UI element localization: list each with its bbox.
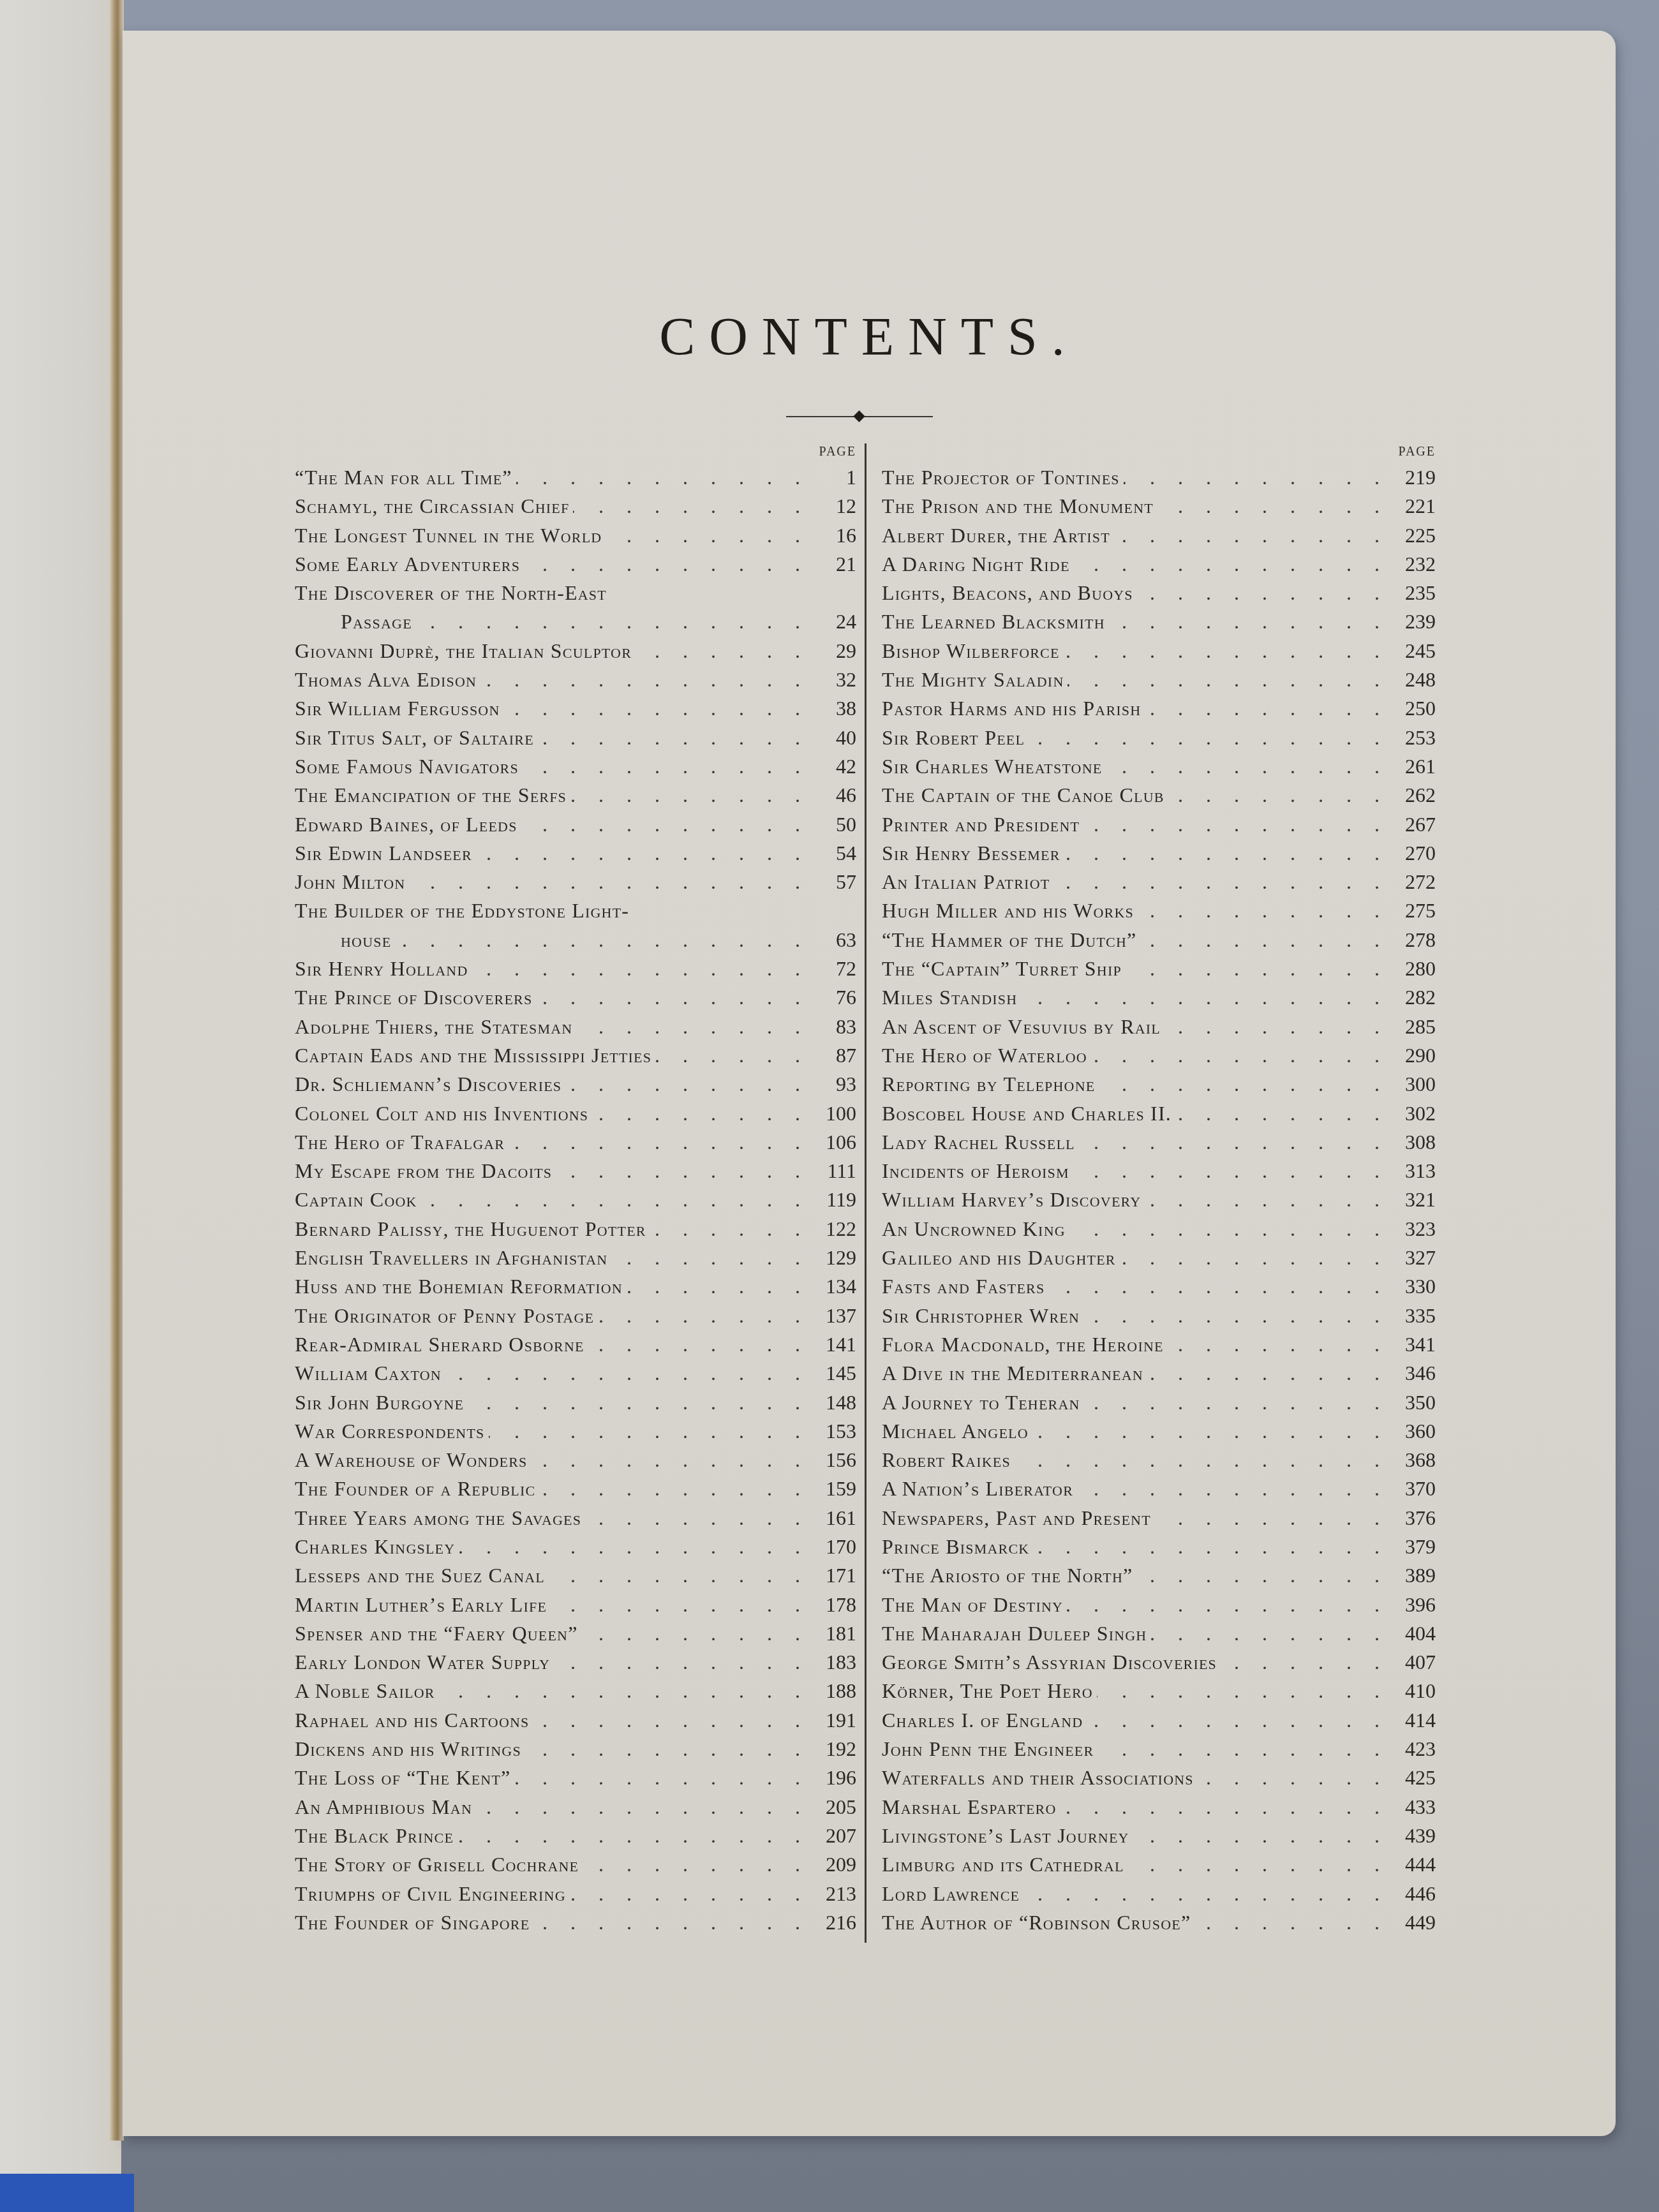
dot-leader: . . . . . . . . . . . . . . . . . . . . …	[1073, 1157, 1388, 1185]
toc-entry: “The Ariosto of the North”. . . . . . . …	[882, 1561, 1436, 1590]
entry-title: Bishop Wilberforce	[882, 637, 1060, 665]
entry-page-number: 156	[813, 1446, 856, 1474]
toc-entry: Sir Charles Wheatstone. . . . . . . . . …	[882, 752, 1436, 781]
dot-leader: . . . . . . . . . . . . . . . . . . . . …	[1099, 1070, 1388, 1099]
toc-entry: The Author of “Robinson Crusoe”. . . . .…	[882, 1908, 1436, 1937]
entry-title: Three Years among the Savages	[295, 1504, 581, 1533]
entry-page-number: 270	[1392, 839, 1436, 868]
dot-leader: . . . . . . . . . . . . . . . . . . . . …	[1053, 868, 1388, 896]
page-title: CONTENTS.	[123, 306, 1616, 368]
toc-entry: “The Man for all Time”. . . . . . . . . …	[295, 463, 856, 492]
dot-leader: . . . . . . . . . . . . . . . . . . . . …	[1138, 896, 1388, 925]
dot-leader: . . . . . . . . . . . . . . . . . . . . …	[480, 665, 809, 694]
entry-page-number: 38	[813, 694, 856, 723]
dot-leader: . . . . . . . . . . . . . . . . . . . . …	[1126, 954, 1388, 983]
toc-entry: Three Years among the Savages. . . . . .…	[295, 1504, 856, 1533]
entry-page-number: 262	[1392, 781, 1436, 810]
dot-leader: . . . . . . . . . . . . . . . . . . . . …	[489, 1417, 809, 1446]
entry-title: Limburg and its Cathedral	[882, 1850, 1124, 1879]
entry-page-number: 209	[813, 1850, 856, 1879]
entry-title: The Originator of Penny Postage	[295, 1302, 594, 1330]
toc-entry: Michael Angelo. . . . . . . . . . . . . …	[882, 1417, 1436, 1446]
toc-entry: The Founder of a Republic. . . . . . . .…	[295, 1474, 856, 1503]
entry-page-number: 42	[813, 752, 856, 781]
entry-title: The Longest Tunnel in the World	[295, 521, 602, 550]
entry-page-number: 327	[1392, 1243, 1436, 1272]
toc-entry: Flora Macdonald, the Heroine. . . . . . …	[882, 1330, 1436, 1359]
toc-entry: Lights, Beacons, and Buoys. . . . . . . …	[882, 579, 1436, 607]
dot-leader: . . . . . . . . . . . . . . . . . . . . …	[636, 637, 809, 665]
dot-leader: . . . . . . . . . . . . . . . . . . . . …	[524, 550, 809, 579]
entry-page-number: 178	[813, 1591, 856, 1619]
dot-leader: . . . . . . . . . . . . . . . . . . . . …	[583, 1850, 809, 1879]
entry-title: William Harvey’s Discovery	[882, 1185, 1141, 1214]
toc-entry: William Caxton. . . . . . . . . . . . . …	[295, 1359, 856, 1388]
entry-title: Dr. Schliemann’s Discoveries	[295, 1070, 562, 1099]
dot-leader: . . . . . . . . . . . . . . . . . . . . …	[565, 1070, 809, 1099]
entry-page-number: 141	[813, 1330, 856, 1359]
entry-title: A Nation’s Liberator	[882, 1474, 1073, 1503]
entry-title: The Prison and the Monument	[882, 492, 1154, 521]
dot-leader: . . . . . . . . . . . . . . . . . . . . …	[1157, 492, 1388, 521]
entry-title: Captain Eads and the Mississippi Jetties	[295, 1041, 651, 1070]
entry-title: An Amphibious Man	[295, 1793, 472, 1822]
entry-page-number: 410	[1392, 1677, 1436, 1705]
entry-page-number: 221	[1392, 492, 1436, 521]
toc-entry: Robert Raikes. . . . . . . . . . . . . .…	[882, 1446, 1436, 1474]
entry-title: Lesseps and the Suez Canal	[295, 1561, 545, 1590]
entry-page-number: 396	[1392, 1591, 1436, 1619]
toc-entry: “The Hammer of the Dutch”. . . . . . . .…	[882, 926, 1436, 954]
dot-leader: . . . . . . . . . . . . . . . . . . . . …	[1150, 1619, 1388, 1648]
entry-page-number: 216	[813, 1908, 856, 1937]
dot-leader: . . . . . . . . . . . . . . . . . . . . …	[1064, 839, 1388, 868]
entry-title: Albert Durer, the Artist	[882, 521, 1110, 550]
entry-title: Thomas Alva Edison	[295, 665, 477, 694]
toc-entry: The Projector of Tontines. . . . . . . .…	[882, 463, 1436, 492]
dot-leader: . . . . . . . . . . . . . . . . . . . . …	[650, 1215, 809, 1243]
entry-page-number: 245	[1392, 637, 1436, 665]
dot-leader: . . . . . . . . . . . . . . . . . . . . …	[468, 1388, 809, 1417]
entry-page-number: 46	[813, 781, 856, 810]
toc-entry: William Harvey’s Discovery. . . . . . . …	[882, 1185, 1436, 1214]
dot-leader: . . . . . . . . . . . . . . . . . . . . …	[533, 1908, 809, 1937]
entry-page-number: 407	[1392, 1648, 1436, 1677]
entry-page-number: 72	[813, 954, 856, 983]
entry-page-number: 183	[813, 1648, 856, 1677]
dot-leader: . . . . . . . . . . . . . . . . . . . . …	[582, 1619, 809, 1648]
entry-page-number: 280	[1392, 954, 1436, 983]
dot-leader: . . . . . . . . . . . . . . . . . . . . …	[1124, 463, 1388, 492]
entry-page-number: 423	[1392, 1735, 1436, 1763]
dot-leader: . . . . . . . . . . . . . . . . . . . . …	[549, 1561, 809, 1590]
entry-page-number: 323	[1392, 1215, 1436, 1243]
dot-leader: . . . . . . . . . . . . . . . . . . . . …	[458, 1822, 809, 1850]
toc-entry: Albert Durer, the Artist. . . . . . . . …	[882, 521, 1436, 550]
dot-leader: . . . . . . . . . . . . . . . . . . . . …	[1106, 752, 1388, 781]
entry-title: Huss and the Bohemian Reformation	[295, 1272, 623, 1301]
entry-page-number: 404	[1392, 1619, 1436, 1648]
entry-title: Waterfalls and their Associations	[882, 1763, 1194, 1792]
toc-entry: Lord Lawrence. . . . . . . . . . . . . .…	[882, 1880, 1436, 1908]
column-divider	[865, 443, 867, 1943]
dot-leader: . . . . . . . . . . . . . . . . . . . . …	[1155, 1504, 1388, 1533]
dot-leader: . . . . . . . . . . . . . . . . . . . . …	[1128, 1850, 1388, 1879]
dot-leader: . . . . . . . . . . . . . . . . . . . . …	[1083, 1302, 1388, 1330]
dot-leader: . . . . . . . . . . . . . . . . . . . . …	[538, 724, 809, 752]
toc-entry: An Italian Patriot. . . . . . . . . . . …	[882, 868, 1436, 896]
toc-entry: The Maharajah Duleep Singh. . . . . . . …	[882, 1619, 1436, 1648]
dot-leader: . . . . . . . . . . . . . . . . . . . . …	[592, 1099, 809, 1128]
entry-page-number: 153	[813, 1417, 856, 1446]
dot-leader: . . . . . . . . . . . . . . . . . . . . …	[611, 1243, 809, 1272]
toc-entry: The Longest Tunnel in the World. . . . .…	[295, 521, 856, 550]
entry-title: War Correspondents	[295, 1417, 485, 1446]
entry-page-number: 219	[1392, 463, 1436, 492]
entry-page-number: 414	[1392, 1706, 1436, 1735]
dot-leader: . . . . . . . . . . . . . . . . . . . . …	[1074, 550, 1388, 579]
dot-leader: . . . . . . . . . . . . . . . . . . . . …	[1147, 1359, 1388, 1388]
toc-entry: house. . . . . . . . . . . . . . . . . .…	[295, 926, 856, 954]
entry-title: English Travellers in Afghanistan	[295, 1243, 607, 1272]
toc-entry: An Uncrowned King. . . . . . . . . . . .…	[882, 1215, 1436, 1243]
dot-leader: . . . . . . . . . . . . . . . . . . . . …	[585, 1504, 809, 1533]
entry-title: The Builder of the Eddystone Light-	[295, 896, 629, 925]
entry-page-number: 278	[1392, 926, 1436, 954]
toc-entry: An Ascent of Vesuvius by Rail. . . . . .…	[882, 1013, 1436, 1041]
entry-page-number: 313	[1392, 1157, 1436, 1185]
entry-title: A Journey to Teheran	[882, 1388, 1080, 1417]
toc-entry: Charles I. of England. . . . . . . . . .…	[882, 1706, 1436, 1735]
facing-page-edge	[0, 0, 121, 2212]
toc-entry: Thomas Alva Edison. . . . . . . . . . . …	[295, 665, 856, 694]
title-ornament	[786, 412, 933, 421]
entry-title: Prince Bismarck	[882, 1533, 1029, 1561]
entry-page-number: 57	[813, 868, 856, 896]
entry-title: John Milton	[295, 868, 405, 896]
dot-leader: . . . . . . . . . . . . . . . . . . . . …	[1015, 1446, 1388, 1474]
entry-title: The Mighty Saladin	[882, 665, 1064, 694]
entry-title: The Author of “Robinson Crusoe”	[882, 1908, 1191, 1937]
toc-entry: Hugh Miller and his Works. . . . . . . .…	[882, 896, 1436, 925]
entry-page-number: 129	[813, 1243, 856, 1272]
toc-entry: Passage. . . . . . . . . . . . . . . . .…	[295, 607, 856, 636]
entry-title: Sir Henry Holland	[295, 954, 468, 983]
entry-title: Fasts and Fasters	[882, 1272, 1045, 1301]
dot-leader: . . . . . . . . . . . . . . . . . . . . …	[1068, 665, 1388, 694]
entry-page-number: 196	[813, 1763, 856, 1792]
entry-title: Michael Angelo	[882, 1417, 1029, 1446]
entry-title: A Dive in the Mediterranean	[882, 1359, 1143, 1388]
toc-entry: The Hero of Trafalgar. . . . . . . . . .…	[295, 1128, 856, 1157]
entry-page-number: 253	[1392, 724, 1436, 752]
dot-leader: . . . . . . . . . . . . . . . . . . . . …	[576, 1013, 809, 1041]
entry-page-number: 389	[1392, 1561, 1436, 1590]
dot-leader: . . . . . . . . . . . . . . . . . . . . …	[1109, 607, 1388, 636]
entry-title: “The Ariosto of the North”	[882, 1561, 1133, 1590]
entry-title: “The Hammer of the Dutch”	[882, 926, 1136, 954]
toc-entry: Prince Bismarck. . . . . . . . . . . . .…	[882, 1533, 1436, 1561]
toc-entry: Dickens and his Writings. . . . . . . . …	[295, 1735, 856, 1763]
toc-entry: War Correspondents. . . . . . . . . . . …	[295, 1417, 856, 1446]
toc-entry: The Prison and the Monument. . . . . . .…	[882, 492, 1436, 521]
entry-title: Adolphe Thiers, the Statesman	[295, 1013, 572, 1041]
dot-leader: . . . . . . . . . . . . . . . . . . . . …	[1083, 810, 1388, 839]
entry-title: Körner, The Poet Hero	[882, 1677, 1093, 1705]
entry-page-number: 368	[1392, 1446, 1436, 1474]
toc-entry: Bernard Palissy, the Huguenot Potter. . …	[295, 1215, 856, 1243]
entry-title: Captain Cook	[295, 1185, 417, 1214]
dot-leader: . . . . . . . . . . . . . . . . . . . . …	[554, 1648, 809, 1677]
contents-column-left: PAGE “The Man for all Time”. . . . . . .…	[295, 440, 856, 1937]
dot-leader: . . . . . . . . . . . . . . . . . . . . …	[1137, 579, 1388, 607]
dot-leader: . . . . . . . . . . . . . . . . . . . . …	[1032, 1417, 1388, 1446]
entry-page-number: 106	[813, 1128, 856, 1157]
toc-entry: The Founder of Singapore. . . . . . . . …	[295, 1908, 856, 1937]
toc-entry: A Noble Sailor. . . . . . . . . . . . . …	[295, 1677, 856, 1705]
entry-title: A Noble Sailor	[295, 1677, 435, 1705]
toc-entry: Sir Edwin Landseer. . . . . . . . . . . …	[295, 839, 856, 868]
entry-title: Edward Baines, of Leeds	[295, 810, 517, 839]
contents-column-right: PAGE The Projector of Tontines. . . . . …	[882, 440, 1436, 1937]
toc-entry: Captain Eads and the Mississippi Jetties…	[295, 1041, 856, 1070]
entry-page-number: 232	[1392, 550, 1436, 579]
entry-title: The Story of Grisell Cochrane	[295, 1850, 579, 1879]
entry-page-number: 300	[1392, 1070, 1436, 1099]
entry-title: Newspapers, Past and Present	[882, 1504, 1151, 1533]
toc-entry: The Story of Grisell Cochrane. . . . . .…	[295, 1850, 856, 1879]
dot-leader: . . . . . . . . . . . . . . . . . . . . …	[1067, 1591, 1388, 1619]
dot-leader: . . . . . . . . . . . . . . . . . . . . …	[445, 1359, 809, 1388]
toc-entry: John Penn the Engineer. . . . . . . . . …	[882, 1735, 1436, 1763]
entry-page-number: 40	[813, 724, 856, 752]
entry-title: Printer and President	[882, 810, 1080, 839]
toc-entry: A Nation’s Liberator. . . . . . . . . . …	[882, 1474, 1436, 1503]
toc-entry: Livingstone’s Last Journey. . . . . . . …	[882, 1822, 1436, 1850]
dot-leader: . . . . . . . . . . . . . . . . . . . . …	[1021, 983, 1388, 1012]
entry-page-number: 341	[1392, 1330, 1436, 1359]
toc-entry: Sir Robert Peel. . . . . . . . . . . . .…	[882, 724, 1436, 752]
entry-page-number: 239	[1392, 607, 1436, 636]
entry-title: Boscobel House and Charles II.	[882, 1099, 1172, 1128]
entry-page-number: 213	[813, 1880, 856, 1908]
entry-page-number: 181	[813, 1619, 856, 1648]
toc-entry: Raphael and his Cartoons. . . . . . . . …	[295, 1706, 856, 1735]
entry-page-number: 302	[1392, 1099, 1436, 1128]
entry-title: Sir Robert Peel	[882, 724, 1025, 752]
entry-page-number: 122	[813, 1215, 856, 1243]
dot-leader: . . . . . . . . . . . . . . . . . . . . …	[439, 1677, 809, 1705]
toc-entry: My Escape from the Dacoits. . . . . . . …	[295, 1157, 856, 1185]
entry-page-number: 308	[1392, 1128, 1436, 1157]
entry-title: My Escape from the Dacoits	[295, 1157, 552, 1185]
dot-leader: . . . . . . . . . . . . . . . . . . . . …	[416, 607, 809, 636]
entry-page-number: 83	[813, 1013, 856, 1041]
toc-entry: The Prince of Discoverers. . . . . . . .…	[295, 983, 856, 1012]
toc-entry: John Milton. . . . . . . . . . . . . . .…	[295, 868, 856, 896]
entry-title: An Uncrowned King	[882, 1215, 1066, 1243]
toc-entry: Lesseps and the Suez Canal. . . . . . . …	[295, 1561, 856, 1590]
dot-leader: . . . . . . . . . . . . . . . . . . . . …	[1048, 1272, 1388, 1301]
entry-title: Sir Henry Bessemer	[882, 839, 1060, 868]
dot-leader: . . . . . . . . . . . . . . . . . . . . …	[1029, 724, 1388, 752]
dot-leader: . . . . . . . . . . . . . . . . . . . . …	[1091, 1041, 1388, 1070]
entry-page-number: 446	[1392, 1880, 1436, 1908]
dot-leader: . . . . . . . . . . . . . . . . . . . . …	[1097, 1677, 1388, 1705]
entry-page-number: 188	[813, 1677, 856, 1705]
entry-title: A Warehouse of Wonders	[295, 1446, 527, 1474]
dot-leader: . . . . . . . . . . . . . . . . . . . . …	[1060, 1793, 1388, 1822]
binding-gutter	[110, 0, 124, 2141]
dot-leader: . . . . . . . . . . . . . . . . . . . . …	[1084, 1388, 1388, 1417]
entry-page-number: 439	[1392, 1822, 1436, 1850]
dot-leader: . . . . . . . . . . . . . . . . . . . . …	[1114, 521, 1388, 550]
entry-title: “The Man for all Time”	[295, 463, 512, 492]
dot-leader: . . . . . . . . . . . . . . . . . . . . …	[1175, 1099, 1388, 1128]
toc-entry: Newspapers, Past and Present. . . . . . …	[882, 1504, 1436, 1533]
entry-title: Flora Macdonald, the Heroine	[882, 1330, 1164, 1359]
entry-page-number: 191	[813, 1706, 856, 1735]
entry-title: The “Captain” Turret Ship	[882, 954, 1122, 983]
entry-page-number: 87	[813, 1041, 856, 1070]
entry-page-number: 207	[813, 1822, 856, 1850]
toc-entry: Boscobel House and Charles II.. . . . . …	[882, 1099, 1436, 1128]
entry-title: The Maharajah Duleep Singh	[882, 1619, 1147, 1648]
dot-leader: . . . . . . . . . . . . . . . . . . . . …	[570, 781, 809, 810]
entry-page-number: 134	[813, 1272, 856, 1301]
toc-entry: English Travellers in Afghanistan. . . .…	[295, 1243, 856, 1272]
entry-title: Pastor Harms and his Parish	[882, 694, 1141, 723]
toc-entry: Sir Henry Holland. . . . . . . . . . . .…	[295, 954, 856, 983]
dot-leader: . . . . . . . . . . . . . . . . . . . . …	[536, 983, 809, 1012]
toc-entry: A Journey to Teheran. . . . . . . . . . …	[882, 1388, 1436, 1417]
toc-entry: Edward Baines, of Leeds. . . . . . . . .…	[295, 810, 856, 839]
entry-title: Charles Kingsley	[295, 1533, 455, 1561]
dot-leader: . . . . . . . . . . . . . . . . . . . . …	[1164, 1013, 1388, 1041]
toc-entry: Some Famous Navigators. . . . . . . . . …	[295, 752, 856, 781]
dot-leader: . . . . . . . . . . . . . . . . . . . . …	[1069, 1215, 1388, 1243]
entry-page-number: 330	[1392, 1272, 1436, 1301]
entry-title: The Man of Destiny	[882, 1591, 1063, 1619]
dot-leader: . . . . . . . . . . . . . . . . . . . . …	[525, 1735, 809, 1763]
toc-entry: The Learned Blacksmith. . . . . . . . . …	[882, 607, 1436, 636]
entry-page-number: 76	[813, 983, 856, 1012]
toc-entry: Triumphs of Civil Engineering. . . . . .…	[295, 1880, 856, 1908]
dot-leader: . . . . . . . . . . . . . . . . . . . . …	[459, 1533, 809, 1561]
entry-page-number: 433	[1392, 1793, 1436, 1822]
toc-entry: Sir William Fergusson. . . . . . . . . .…	[295, 694, 856, 723]
toc-entry: Fasts and Fasters. . . . . . . . . . . .…	[882, 1272, 1436, 1301]
toc-entry: The Originator of Penny Postage. . . . .…	[295, 1302, 856, 1330]
page-column-label: PAGE	[882, 440, 1436, 463]
entry-title: Rear-Admiral Sherard Osborne	[295, 1330, 584, 1359]
page-column-label: PAGE	[295, 440, 856, 463]
toc-entry: Captain Cook. . . . . . . . . . . . . . …	[295, 1185, 856, 1214]
entry-title: Lights, Beacons, and Buoys	[882, 579, 1133, 607]
entry-page-number: 370	[1392, 1474, 1436, 1503]
dot-leader: . . . . . . . . . . . . . . . . . . . . …	[516, 463, 809, 492]
entry-page-number: 346	[1392, 1359, 1436, 1388]
entry-page-number: 137	[813, 1302, 856, 1330]
entry-page-number: 12	[813, 492, 856, 521]
toc-entry: Sir Christopher Wren. . . . . . . . . . …	[882, 1302, 1436, 1330]
toc-entry: Sir Titus Salt, of Saltaire. . . . . . .…	[295, 724, 856, 752]
entry-title: The Learned Blacksmith	[882, 607, 1105, 636]
dot-leader: . . . . . . . . . . . . . . . . . . . . …	[551, 1591, 809, 1619]
toc-entry: The Hero of Waterloo. . . . . . . . . . …	[882, 1041, 1436, 1070]
entry-title: William Caxton	[295, 1359, 442, 1388]
entry-page-number: 171	[813, 1561, 856, 1590]
entry-title: Robert Raikes	[882, 1446, 1011, 1474]
dot-leader: . . . . . . . . . . . . . . . . . . . . …	[1097, 1735, 1388, 1763]
entry-page-number: 272	[1392, 868, 1436, 896]
entry-title: The Black Prince	[295, 1822, 454, 1850]
entry-title: Early London Water Supply	[295, 1648, 550, 1677]
toc-entry: Bishop Wilberforce. . . . . . . . . . . …	[882, 637, 1436, 665]
entry-title: The Projector of Tontines	[882, 463, 1120, 492]
entry-page-number: 192	[813, 1735, 856, 1763]
entry-page-number: 205	[813, 1793, 856, 1822]
entry-page-number: 261	[1392, 752, 1436, 781]
dot-leader: . . . . . . . . . . . . . . . . . . . . …	[556, 1157, 809, 1185]
entry-page-number: 235	[1392, 579, 1436, 607]
toc-entry: The Man of Destiny. . . . . . . . . . . …	[882, 1591, 1436, 1619]
toc-entry: Some Early Adventurers. . . . . . . . . …	[295, 550, 856, 579]
entry-title: The Hero of Trafalgar	[295, 1128, 505, 1157]
entry-page-number: 225	[1392, 521, 1436, 550]
toc-entry: The Discoverer of the North-East	[295, 579, 856, 607]
dot-leader: . . . . . . . . . . . . . . . . . . . . …	[539, 1474, 809, 1503]
entry-page-number: 93	[813, 1070, 856, 1099]
entry-title: Reporting by Telephone	[882, 1070, 1095, 1099]
entry-title: Passage	[295, 607, 412, 636]
dot-leader: . . . . . . . . . . . . . . . . . . . . …	[476, 1793, 809, 1822]
dot-leader: . . . . . . . . . . . . . . . . . . . . …	[523, 752, 809, 781]
entry-title: Sir William Fergusson	[295, 694, 500, 723]
toc-entry: The Loss of “The Kent”. . . . . . . . . …	[295, 1763, 856, 1792]
toc-entry: Adolphe Thiers, the Statesman. . . . . .…	[295, 1013, 856, 1041]
dot-leader: . . . . . . . . . . . . . . . . . . . . …	[421, 1185, 809, 1214]
toc-entry: A Warehouse of Wonders. . . . . . . . . …	[295, 1446, 856, 1474]
dot-leader: . . . . . . . . . . . . . . . . . . . . …	[1194, 1908, 1388, 1937]
dot-leader: . . . . . . . . . . . . . . . . . . . . …	[1064, 637, 1388, 665]
entry-page-number: 285	[1392, 1013, 1436, 1041]
entry-page-number: 444	[1392, 1850, 1436, 1879]
toc-entry: Sir John Burgoyne. . . . . . . . . . . .…	[295, 1388, 856, 1417]
dot-leader: . . . . . . . . . . . . . . . . . . . . …	[472, 954, 809, 983]
entry-title: Martin Luther’s Early Life	[295, 1591, 547, 1619]
dot-leader: . . . . . . . . . . . . . . . . . . . . …	[1120, 1243, 1388, 1272]
toc-entry: Rear-Admiral Sherard Osborne. . . . . . …	[295, 1330, 856, 1359]
dot-leader: . . . . . . . . . . . . . . . . . . . . …	[1023, 1880, 1388, 1908]
entry-title: Lord Lawrence	[882, 1880, 1020, 1908]
book-cover-edge	[0, 2174, 134, 2212]
toc-entry: The Captain of the Canoe Club. . . . . .…	[882, 781, 1436, 810]
entry-title: Triumphs of Civil Engineering	[295, 1880, 566, 1908]
entry-title: Colonel Colt and his Inventions	[295, 1099, 588, 1128]
dot-leader: . . . . . . . . . . . . . . . . . . . . …	[1133, 1822, 1388, 1850]
entry-title: George Smith’s Assyrian Discoveries	[882, 1648, 1217, 1677]
entry-title: The Founder of a Republic	[295, 1474, 535, 1503]
toc-entry: Marshal Espartero. . . . . . . . . . . .…	[882, 1793, 1436, 1822]
entry-title: Charles I. of England	[882, 1706, 1083, 1735]
toc-entry: The Mighty Saladin. . . . . . . . . . . …	[882, 665, 1436, 694]
entry-page-number: 360	[1392, 1417, 1436, 1446]
toc-entry: Waterfalls and their Associations. . . .…	[882, 1763, 1436, 1792]
entry-page-number: 275	[1392, 896, 1436, 925]
dot-leader: . . . . . . . . . . . . . . . . . . . . …	[1145, 1185, 1388, 1214]
dot-leader: . . . . . . . . . . . . . . . . . . . . …	[1077, 1474, 1388, 1503]
